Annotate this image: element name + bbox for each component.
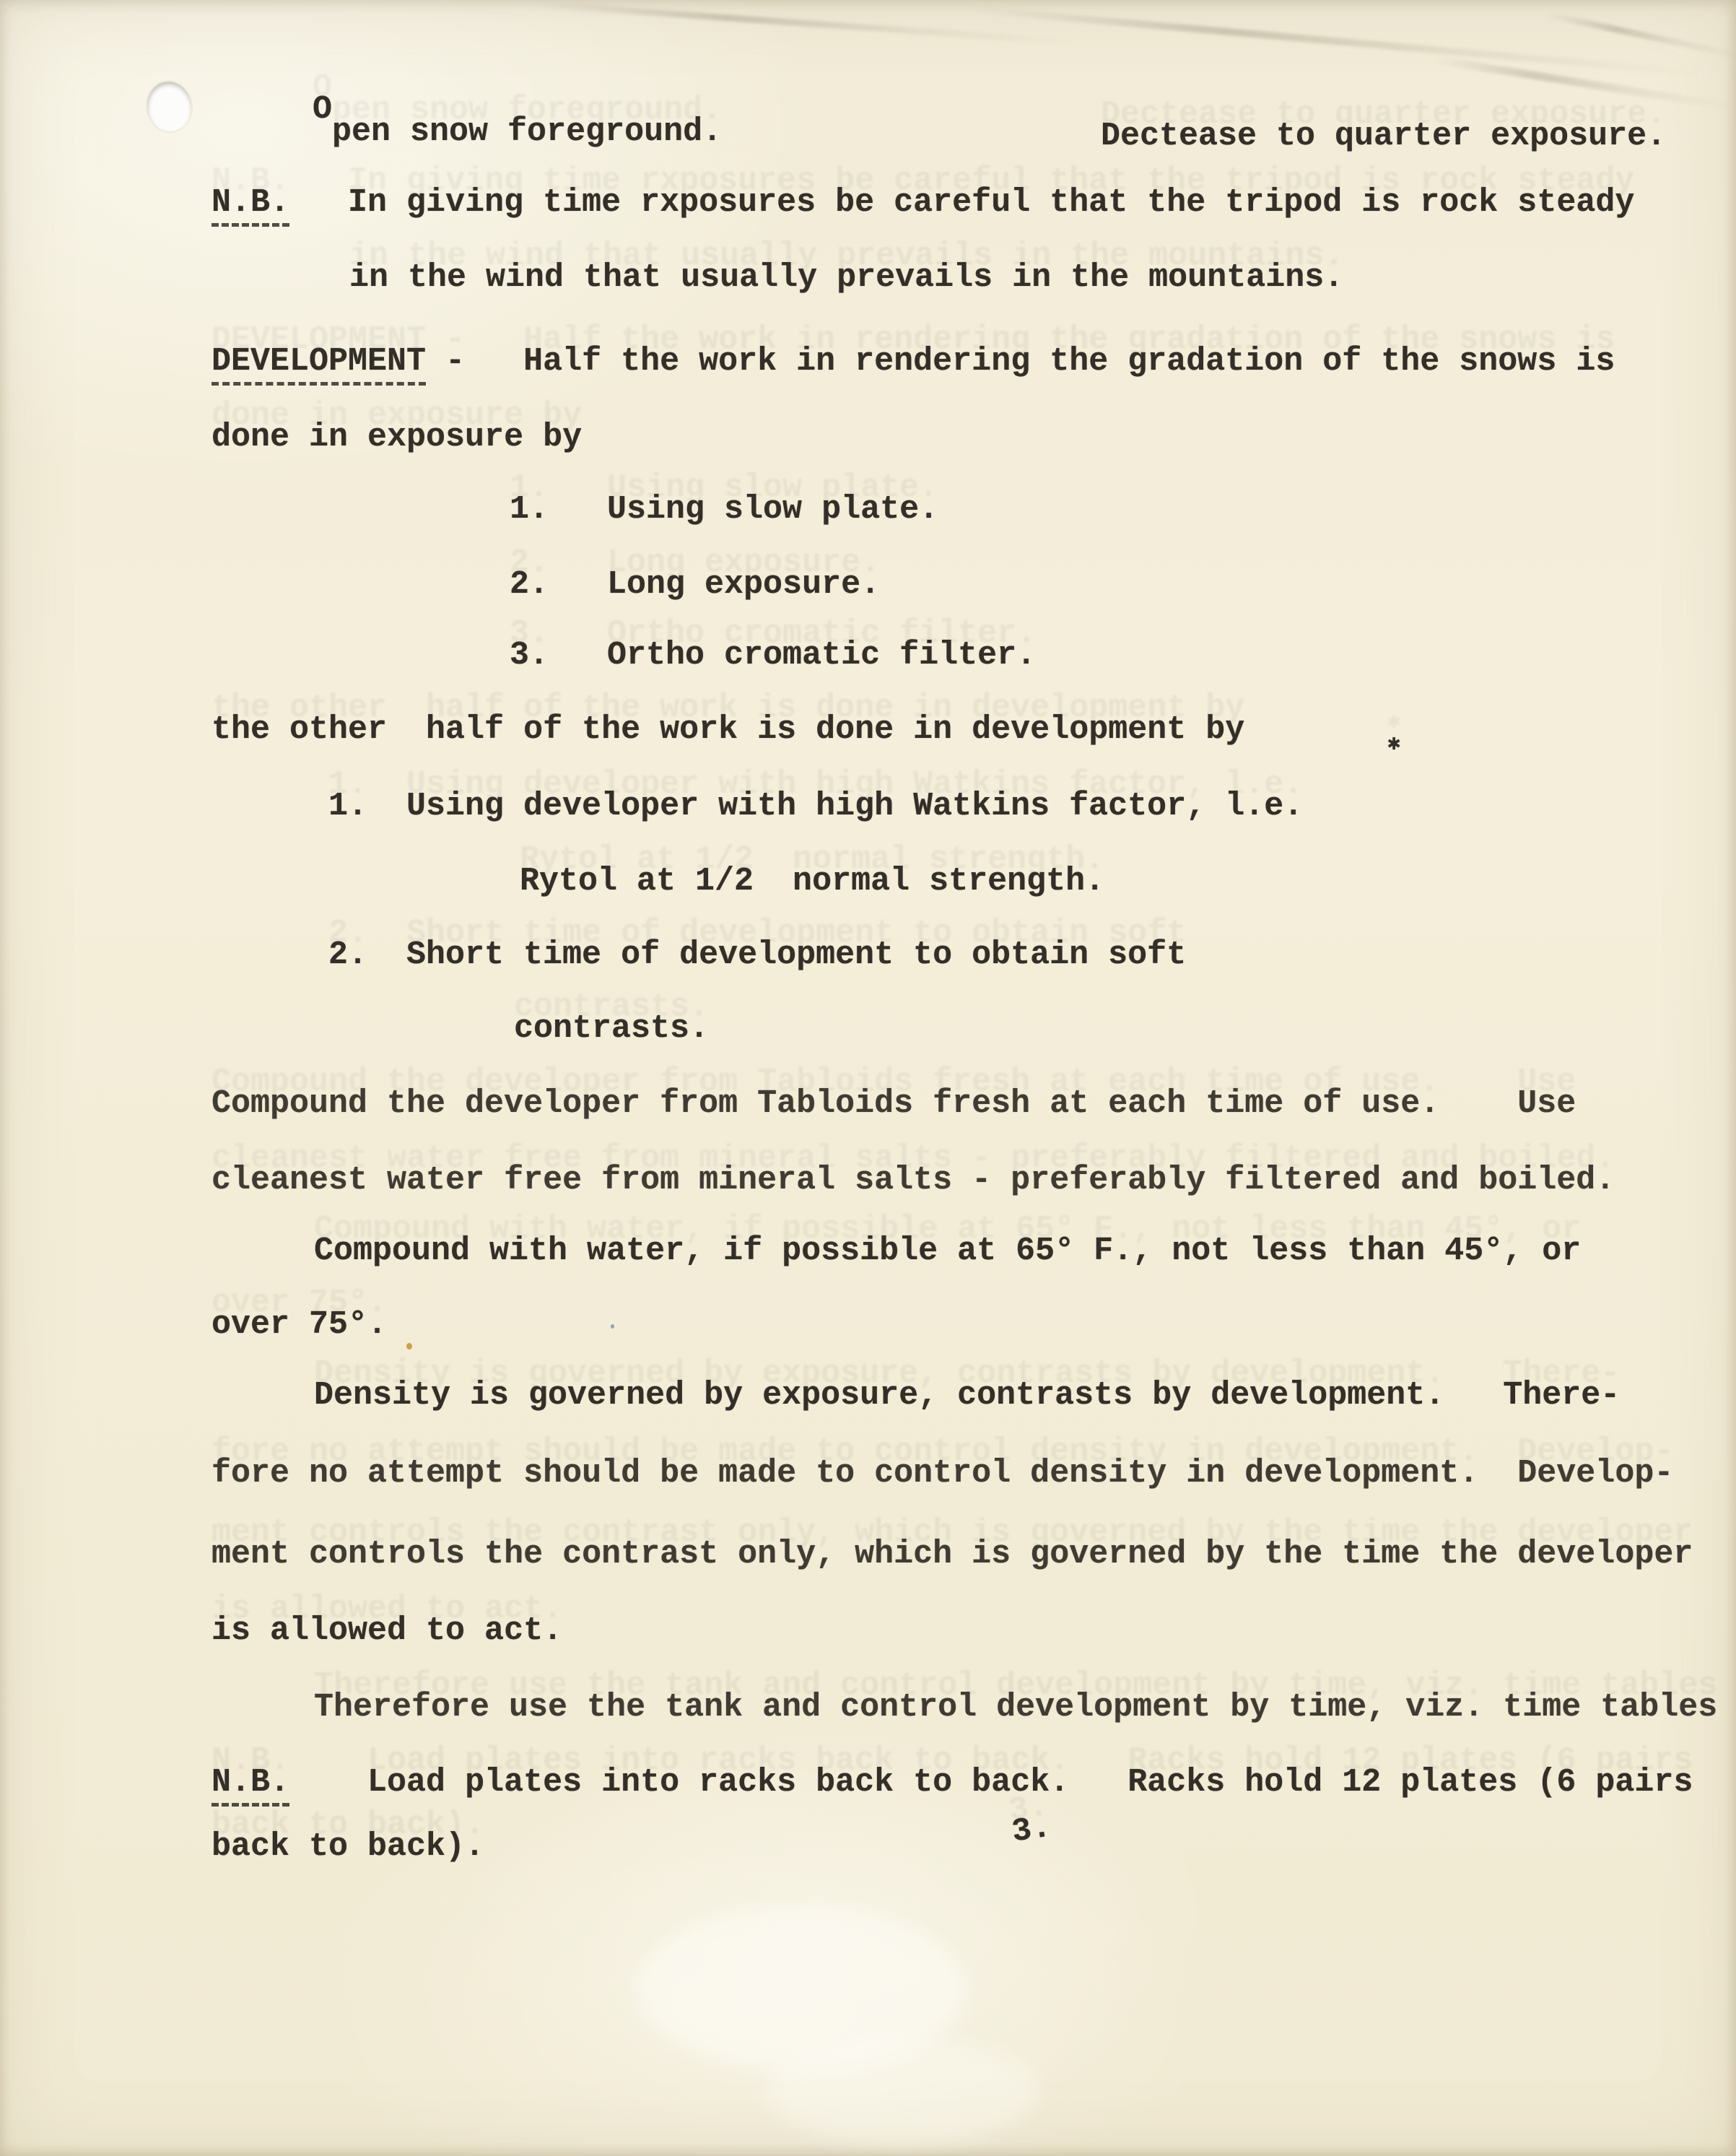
typed-text: - Half the work in rendering the gradati… [426, 343, 1615, 380]
typed-line-back-to-back: back to back). [211, 1830, 484, 1863]
nb-abbrev: N.B. [211, 184, 289, 227]
hole-punch [144, 79, 195, 135]
typed-line-dectease: Dectease to quarter exposure. [1101, 120, 1666, 152]
typed-line-done-in-exposure: done in exposure by [211, 421, 582, 453]
typed-text: In giving time rxposures be careful that… [289, 184, 1634, 221]
typed-line-open-snow: Open snow foreground. [313, 116, 722, 148]
typed-line-wind: in the wind that usually prevails in the… [349, 261, 1343, 294]
typed-line-development-heading: DEVELOPMENT - Half the work in rendering… [211, 345, 1615, 378]
typed-line-over-75: over 75°. [211, 1308, 387, 1341]
typed-line-contrasts: contrasts. [514, 1012, 709, 1045]
typed-line-therefore-tank: Therefore use the tank and control devel… [314, 1691, 1717, 1724]
ink-speck [406, 1343, 412, 1349]
typed-list-item-3: 3. Ortho cromatic filter. [510, 639, 1036, 671]
typed-list-dev-2: 2. Short time of development to obtain s… [328, 939, 1186, 971]
typed-line-nb-load-plates: N.B. Load plates into racks back to back… [211, 1766, 1693, 1799]
typed-line-ment-controls: ment controls the contrast only, which i… [211, 1538, 1693, 1570]
typed-line-compound-tabloids: Compound the developer from Tabloids fre… [211, 1087, 1576, 1120]
typed-line-nb-tripod: N.B. In giving time rxposures be careful… [211, 186, 1634, 219]
typed-line-cleanest-water: cleanest water free from mineral salts -… [211, 1164, 1615, 1196]
typed-line-allowed-to-act: is allowed to act. [211, 1614, 562, 1647]
stray-mark: ✱ [1387, 734, 1400, 755]
typed-list-item-1: 1. Using slow plate. [510, 493, 938, 526]
raised-capital: O [313, 93, 332, 126]
typed-line-fore-no-attempt: fore no attempt should be made to contro… [211, 1457, 1673, 1490]
pencil-smudge [1546, 12, 1736, 60]
development-heading: DEVELOPMENT [211, 343, 426, 386]
typed-line-compound-water: Compound with water, if possible at 65° … [314, 1235, 1581, 1267]
typed-list-dev-1: 1. Using developer with high Watkins fac… [328, 790, 1303, 822]
nb-abbrev: N.B. [211, 1764, 289, 1807]
document-page: Open snow foreground. Dectease to quarte… [0, 0, 1736, 2156]
typed-list-item-2: 2. Long exposure. [510, 568, 880, 601]
typed-text: Load plates into racks back to back. Rac… [289, 1764, 1693, 1801]
typed-line-other-half: the other half of the work is done in de… [211, 713, 1244, 746]
typed-line-density: Density is governed by exposure, contras… [314, 1379, 1620, 1412]
paper-stain [765, 2036, 1039, 2144]
page-number: 3. [1010, 1811, 1053, 1848]
typed-line-rytol: Rytol at 1/2 normal strength. [520, 865, 1104, 897]
typed-text: pen snow foreground. [332, 113, 722, 150]
ink-speck [611, 1324, 614, 1329]
